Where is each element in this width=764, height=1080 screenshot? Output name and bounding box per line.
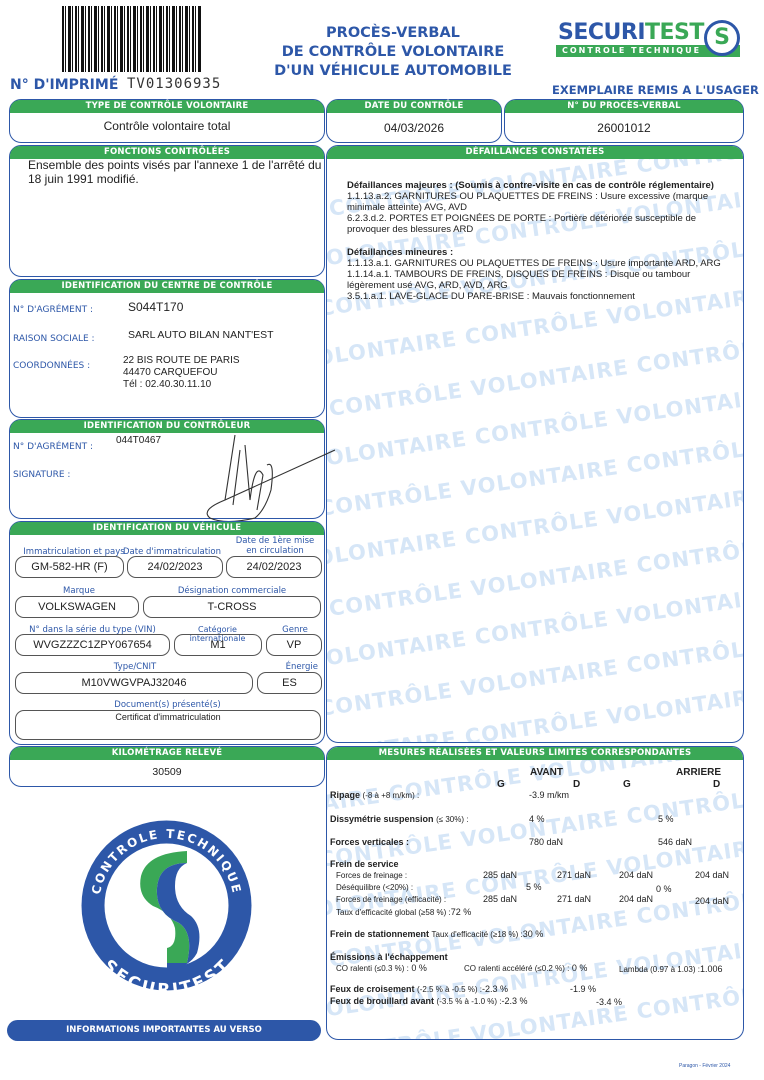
defaillances-title: DÉFAILLANCES CONSTATÉES (327, 146, 743, 159)
securitest-brand-logo: SECURITEST CONTROLE TECHNIQUE S (556, 20, 746, 60)
forces-freinage-ard: 204 daN (695, 870, 729, 880)
controleur-box: IDENTIFICATION DU CONTRÔLEUR N° D'AGRÉME… (9, 419, 325, 519)
desequilibre-avant: 5 % (526, 882, 542, 892)
date-circ-label-line1: Date de 1ère mise (225, 536, 325, 546)
designation-label: Désignation commerciale (143, 586, 321, 596)
securitest-round-logo: CONTROLE TECHNIQUE SECURITEST (79, 818, 254, 993)
forces-freinage-avd: 271 daN (557, 870, 591, 880)
title-line-2: DE CONTRÔLE VOLONTAIRE (268, 43, 518, 62)
co-ralenti-row: CO ralenti (≤0.3 %) : 0 % (336, 963, 427, 973)
categorie-field: M1 (174, 634, 262, 656)
arriere-d-header: D (713, 779, 720, 790)
frein-service-label: Frein de service (330, 859, 399, 869)
arriere-header: ARRIERE (676, 767, 721, 778)
forces-efficacite-label: Forces de freinage (efficacité) : (336, 895, 446, 904)
signature-label: SIGNATURE : (13, 470, 70, 480)
forces-verticales-label: Forces verticales : (330, 837, 409, 847)
phone-line: Tél : 02.40.30.11.10 (123, 379, 240, 391)
forces-efficacite-arg: 204 daN (619, 894, 653, 904)
designation-field: T-CROSS (143, 596, 321, 618)
date-immat-field: 24/02/2023 (127, 556, 223, 578)
dissymetrie-avant: 4 % (529, 814, 545, 824)
pv-number-title: N° DU PROCÈS-VERBAL (505, 100, 743, 113)
address-line: 22 BIS ROUTE DE PARIS (123, 355, 240, 367)
forces-freinage-avg: 285 daN (483, 870, 517, 880)
dissymetrie-row: Dissymétrie suspension (≤ 30%) : (330, 814, 468, 824)
date-circ-label-line2: en circulation (225, 546, 325, 556)
ripage-row: Ripage (-8 à +8 m/km) : (330, 790, 419, 800)
defaillances-box: CONTRÔLE VOLONTAIRE CONTRÔLE VOLONTAIRE … (326, 145, 744, 743)
feux-brouillard-d: -3.4 % (596, 997, 622, 1007)
documents-label: Document(s) présenté(s) (15, 700, 320, 710)
frein-stationnement-row: Frein de stationnement Taux d'efficacité… (330, 929, 543, 939)
mesures-title: MESURES RÉALISÉES ET VALEURS LIMITES COR… (327, 747, 743, 760)
mineure-item: 1.1.14.a.1. TAMBOURS DE FREINS, DISQUES … (347, 269, 739, 291)
marque-label: Marque (15, 586, 143, 596)
info-banner: INFORMATIONS IMPORTANTES AU VERSO (7, 1020, 321, 1041)
kilometrage-title: KILOMÉTRAGE RELEVÉ (10, 747, 324, 760)
controleur-agrement-label: N° D'AGRÉMENT : (13, 442, 93, 452)
title-line-3: D'UN VÉHICULE AUTOMOBILE (268, 62, 518, 81)
majeure-item: 6.2.3.d.2. PORTES ET POIGNÉES DE PORTE :… (347, 213, 739, 235)
type-controle-value: Contrôle volontaire total (10, 119, 324, 133)
avant-d-header: D (573, 779, 580, 790)
centre-agrement-label: N° D'AGRÉMENT : (13, 305, 93, 315)
majeures-heading: Défaillances majeures : (Soumis à contre… (347, 180, 739, 191)
arriere-g-header: G (623, 779, 631, 790)
date-circ-field: 24/02/2023 (226, 556, 322, 578)
address-line: 44470 CARQUEFOU (123, 367, 240, 379)
mineures-heading: Défaillances mineures : (347, 247, 739, 258)
type-controle-box: TYPE DE CONTRÔLE VOLONTAIRE Contrôle vol… (9, 99, 325, 143)
documents-field: Certificat d'immatriculation (15, 710, 321, 740)
fonctions-box: FONCTIONS CONTRÔLÉES Ensemble des points… (9, 145, 325, 277)
dissymetrie-arriere: 5 % (658, 814, 674, 824)
feux-brouillard-row: Feux de brouillard avant (-3.5 % à -1.0 … (330, 996, 527, 1006)
cnit-label: Type/CNIT (15, 662, 255, 672)
pv-number-box: N° DU PROCÈS-VERBAL 26001012 (504, 99, 744, 143)
centre-title: IDENTIFICATION DU CENTRE DE CONTRÔLE (10, 280, 324, 293)
type-controle-title: TYPE DE CONTRÔLE VOLONTAIRE (10, 100, 324, 113)
centre-box: IDENTIFICATION DU CENTRE DE CONTRÔLE N° … (9, 279, 325, 418)
vehicule-title: IDENTIFICATION DU VÉHICULE (10, 522, 324, 535)
raison-sociale-value: SARL AUTO BILAN NANT'EST (128, 329, 274, 341)
brand-name-part1: SECURI (558, 20, 645, 45)
forces-freinage-label: Forces de freinage : (336, 871, 407, 880)
mineure-item: 3.5.1.a.1. LAVE-GLACE DU PARE-BRISE : Ma… (347, 291, 739, 302)
kilometrage-box: KILOMÉTRAGE RELEVÉ 30509 (9, 746, 325, 787)
energie-field: ES (257, 672, 322, 694)
emissions-label: Émissions à l'échappement (330, 952, 448, 962)
forces-efficacite-avd: 271 daN (557, 894, 591, 904)
title-line-1: PROCÈS-VERBAL (268, 24, 518, 43)
kilometrage-value: 30509 (10, 766, 324, 778)
avant-g-header: G (497, 779, 505, 790)
forces-verticales-avant: 780 daN (529, 837, 563, 847)
feux-croisement-row: Feux de croisement (-2.5 % à -0.5 %) :-2… (330, 984, 508, 994)
forces-freinage-arg: 204 daN (619, 870, 653, 880)
marque-field: VOLKSWAGEN (15, 596, 139, 618)
forces-efficacite-avg: 285 daN (483, 894, 517, 904)
raison-sociale-label: RAISON SOCIALE : (13, 334, 95, 344)
controleur-agrement-value: 044T0467 (116, 435, 161, 446)
forces-efficacite-ard: 204 daN (695, 896, 729, 906)
centre-agrement-value: S044T170 (128, 300, 183, 314)
pv-number-value: 26001012 (505, 121, 743, 135)
mineure-item: 1.1.13.a.1. GARNITURES OU PLAQUETTES DE … (347, 258, 739, 269)
vin-field: WVGZZZC1ZPY067654 (15, 634, 170, 656)
forces-verticales-arriere: 546 daN (658, 837, 692, 847)
genre-field: VP (266, 634, 322, 656)
copy-label: EXEMPLAIRE REMIS A L'USAGER (552, 83, 759, 97)
majeure-item: 1.1.13.a.2. GARNITURES OU PLAQUETTES DE … (347, 191, 739, 213)
avant-header: AVANT (530, 767, 563, 778)
brand-name-part2: TEST (645, 20, 704, 45)
imprime-label: N° D'IMPRIMÉ (10, 77, 118, 93)
imprime-number: TV01306935 (127, 76, 221, 92)
date-controle-box: DATE DU CONTRÔLE 04/03/2026 (326, 99, 502, 143)
mesures-box: TAIRE CONTRÔLE VOLONTAIRE CONTRÔLE VOLON… (326, 746, 744, 1040)
coordonnees-value: 22 BIS ROUTE DE PARIS 44470 CARQUEFOU Té… (123, 355, 240, 391)
date-controle-title: DATE DU CONTRÔLE (327, 100, 501, 113)
cnit-field: M10VWGVPAJ32046 (15, 672, 253, 694)
coordonnees-label: COORDONNÉES : (13, 361, 90, 371)
desequilibre-arriere: 0 % (656, 884, 672, 894)
edition-note: Paragon - Février 2024 (679, 1063, 730, 1069)
lambda-row: Lambda (0.97 à 1.03) :1.006 (619, 964, 722, 974)
feux-croisement-d: -1.9 % (570, 984, 596, 994)
signature-scribble (195, 430, 335, 525)
defaillances-content: Défaillances majeures : (Soumis à contre… (347, 180, 739, 302)
co-accelere-row: CO ralenti accéléré (≤0.2 %) : 0 % (464, 963, 587, 973)
immat-field: GM-582-HR (F) (15, 556, 124, 578)
brand-s-icon: S (704, 20, 740, 56)
barcode (62, 6, 202, 72)
date-controle-value: 04/03/2026 (327, 121, 501, 135)
energie-label: Énergie (258, 662, 322, 672)
date-circ-label: Date de 1ère mise en circulation (225, 536, 325, 556)
fonctions-value: Ensemble des points visés par l'annexe 1… (28, 158, 324, 186)
ripage-value: -3.9 m/km (529, 790, 569, 800)
vehicule-box: IDENTIFICATION DU VÉHICULE Immatriculati… (9, 521, 325, 745)
desequilibre-label: Déséquilibre (<20%) : (336, 883, 413, 892)
taux-global-row: Taux d'efficacité global (≥58 %) :72 % (336, 907, 471, 917)
document-title: PROCÈS-VERBAL DE CONTRÔLE VOLONTAIRE D'U… (268, 24, 518, 81)
